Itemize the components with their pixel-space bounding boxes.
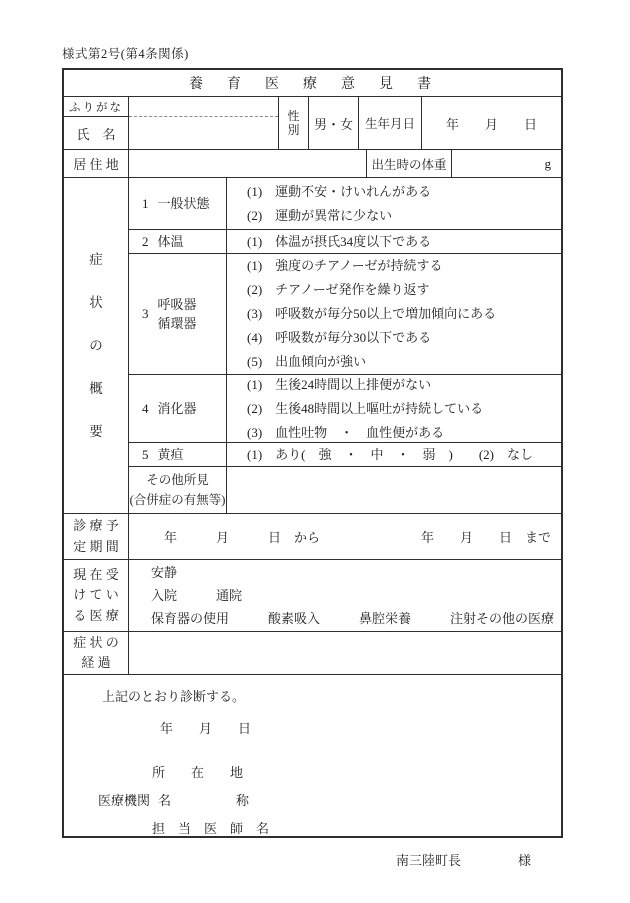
signature-block: 上記のとおり診断する。 年 月 日 所 在 地 医療機関 名 称 担 当 医 師… — [64, 674, 561, 869]
period-from: 年 月 日 から — [164, 527, 320, 546]
symptom-label: 1 一般状態 — [129, 178, 227, 229]
honorific: 様 — [518, 850, 531, 869]
progress-field — [129, 632, 561, 674]
symptom-name: 黄疸 — [158, 445, 184, 465]
birthdate-field: 年 月 日 — [422, 97, 561, 149]
birth-weight-field: g — [452, 150, 561, 177]
symptom-name: 一般状態 — [158, 194, 210, 214]
symptom-items: (1) 運動不安・けいれんがある (2) 運動が異常に少ない — [227, 178, 561, 229]
diagnosis-date: 年 月 日 — [64, 718, 561, 737]
symptoms-side-label: 症 状 の 概 要 — [64, 178, 129, 513]
birthdate-label: 生年月日 — [359, 97, 422, 149]
treatment-period-label: 診 療 予 定 期 間 — [64, 514, 129, 559]
symptom-item: (1) あり( 強 ・ 中 ・ 弱 ) (2) なし — [247, 443, 561, 467]
form-title: 養 育 医 療 意 見 書 — [189, 73, 436, 93]
name-row: ふりがな 氏 名 性 別 男・女 生年月日 年 月 日 — [64, 96, 561, 149]
other-findings-field — [227, 467, 561, 514]
address-label: 居 住 地 — [64, 150, 129, 177]
symptom-label: 4 消化器 — [129, 375, 227, 442]
symptom-row-temperature: 2 体温 (1) 体温が摂氏34度以下である — [129, 229, 561, 253]
symptom-row-jaundice: 5 黄疸 (1) あり( 強 ・ 中 ・ 弱 ) (2) なし — [129, 442, 561, 466]
symptom-row-general: 1 一般状態 (1) 運動不安・けいれんがある (2) 運動が異常に少ない — [129, 178, 561, 229]
symptom-item: (1) 生後24時間以上排便がない — [247, 373, 561, 397]
title-row: 養 育 医 療 意 見 書 — [64, 70, 561, 96]
other-findings-label: その他所見 (合併症の有無等) — [129, 467, 227, 514]
symptom-item: (5) 出血傾向が強い — [247, 350, 561, 374]
current-care-field: 安静 入院 通院 保育器の使用 酸素吸入 鼻腔栄養 注射その他の医療 — [129, 560, 561, 631]
sex-options: 男・女 — [309, 97, 359, 149]
symptom-number: 2 — [142, 234, 149, 250]
symptom-number: 5 — [142, 447, 149, 463]
symptom-items: (1) 生後24時間以上排便がない (2) 生後48時間以上嘔吐が持続している … — [227, 375, 561, 442]
address-row: 居 住 地 出生時の体重 g — [64, 149, 561, 177]
symptom-number: 4 — [142, 401, 149, 417]
symptom-item: (2) 運動が異常に少ない — [247, 204, 561, 228]
period-to: 年 月 日 まで — [421, 527, 551, 546]
birth-weight-label: 出生時の体重 — [367, 150, 452, 177]
org-address-label: 所 在 地 — [64, 762, 561, 781]
org-name-label: 名 称 — [158, 790, 249, 809]
symptoms-section: 症 状 の 概 要 1 一般状態 (1) 運動不安・けいれんがある (2) 運動… — [64, 177, 561, 513]
care-line: 保育器の使用 酸素吸入 鼻腔栄養 注射その他の医療 — [151, 607, 561, 630]
current-care-row: 現 在 受 け て い る 医 療 安静 入院 通院 保育器の使用 酸素吸入 鼻… — [64, 559, 561, 631]
progress-row: 症 状 の 経 過 — [64, 631, 561, 674]
symptom-name: 呼吸器 循環器 — [158, 295, 197, 334]
name-field — [129, 117, 278, 149]
care-line: 入院 通院 — [151, 584, 561, 607]
symptoms-body: 1 一般状態 (1) 運動不安・けいれんがある (2) 運動が異常に少ない 2 … — [129, 178, 561, 513]
name-field-column — [129, 97, 279, 149]
symptom-item: (3) 血性吐物 ・ 血性便がある — [247, 421, 561, 445]
current-care-label: 現 在 受 け て い る 医 療 — [64, 560, 129, 631]
symptom-label: 2 体温 — [129, 230, 227, 253]
name-label-column: ふりがな 氏 名 — [64, 97, 129, 149]
address-field — [129, 150, 367, 177]
addressee-line: 南三陸町長 様 — [64, 850, 561, 869]
symptom-items: (1) 強度のチアノーゼが持続する (2) チアノーゼ発作を繰り返す (3) 呼… — [227, 254, 561, 374]
org-line: 医療機関 名 称 — [64, 790, 561, 809]
addressee: 南三陸町長 — [396, 850, 461, 869]
symptom-item: (3) 呼吸数が毎分50以上で増加傾向にある — [247, 302, 561, 326]
treatment-period-field: 年 月 日 から 年 月 日 まで — [129, 514, 561, 559]
progress-label: 症 状 の 経 過 — [64, 632, 129, 674]
form-table: 養 育 医 療 意 見 書 ふりがな 氏 名 性 別 男・女 生年月日 年 月 … — [62, 68, 563, 838]
document-page: 様式第2号(第4条関係) 養 育 医 療 意 見 書 ふりがな 氏 名 性 別 … — [0, 0, 630, 903]
symptom-item: (4) 呼吸数が毎分30以下である — [247, 326, 561, 350]
diagnosis-statement: 上記のとおり診断する。 — [64, 686, 561, 705]
form-number: 様式第2号(第4条関係) — [62, 44, 189, 62]
name-label: 氏 名 — [64, 117, 128, 149]
symptom-number: 3 — [142, 306, 149, 322]
treatment-period-row: 診 療 予 定 期 間 年 月 日 から 年 月 日 まで — [64, 513, 561, 559]
care-line: 安静 — [151, 561, 561, 584]
org-label: 医療機関 — [98, 790, 150, 809]
symptom-number: 1 — [142, 196, 149, 212]
birth-weight-unit: g — [545, 156, 552, 172]
symptom-item: (1) 運動不安・けいれんがある — [247, 180, 561, 204]
symptom-item: (2) 生後48時間以上嘔吐が持続している — [247, 397, 561, 421]
symptom-item: (2) チアノーゼ発作を繰り返す — [247, 278, 561, 302]
symptom-name: 消化器 — [158, 399, 197, 419]
doctor-label: 担 当 医 師 名 — [64, 818, 561, 837]
furigana-field — [129, 97, 278, 117]
symptom-items: (1) 体温が摂氏34度以下である — [227, 230, 561, 253]
symptom-name: 体温 — [158, 232, 184, 252]
symptom-row-digestive: 4 消化器 (1) 生後24時間以上排便がない (2) 生後48時間以上嘔吐が持… — [129, 374, 561, 442]
symptom-items: (1) あり( 強 ・ 中 ・ 弱 ) (2) なし — [227, 443, 561, 466]
symptom-row-respiratory: 3 呼吸器 循環器 (1) 強度のチアノーゼが持続する (2) チアノーゼ発作を… — [129, 253, 561, 374]
furigana-label: ふりがな — [64, 97, 128, 117]
symptom-label: 3 呼吸器 循環器 — [129, 254, 227, 374]
other-findings-row: その他所見 (合併症の有無等) — [129, 466, 561, 514]
sex-label: 性 別 — [279, 97, 309, 149]
symptom-label: 5 黄疸 — [129, 443, 227, 466]
symptom-item: (1) 体温が摂氏34度以下である — [247, 230, 561, 254]
symptom-item: (1) 強度のチアノーゼが持続する — [247, 254, 561, 278]
